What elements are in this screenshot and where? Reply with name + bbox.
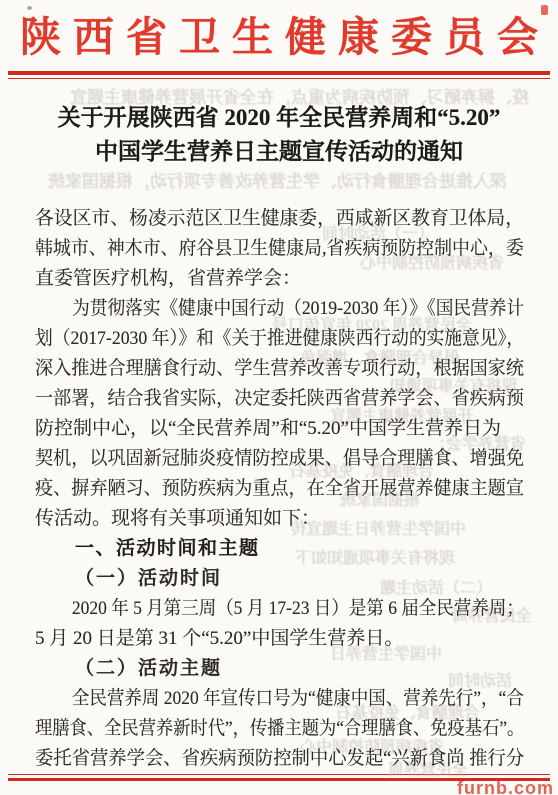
body-line-1: 各设区市、杨凌示范区卫生健康委，西咸新区教育卫体局， (35, 204, 519, 234)
body-line-3: 直委管医疗机构，省营养学会： (35, 264, 524, 294)
body-line-16: （二）活动主题 (35, 654, 524, 684)
body-line-15: 5 月 20 日是第 31 个“5.20”中国学生营养日。 (35, 624, 524, 654)
body-line-19: 委托省营养学会、省疾病预防控制中心发起“兴新食尚 推行分 (35, 744, 507, 774)
body-line-13: （一）活动时间 (35, 564, 524, 594)
site-watermark: furnb.com (457, 778, 554, 795)
body-line-4: 为贯彻落实《健康中国行动（2019-2030 年）》《国民营养计 (35, 294, 490, 324)
body-line-5: 划（2017-2030 年）》和《关于推进健康陕西行动的实施意见》， (35, 324, 491, 354)
document-title: 关于开展陕西省 2020 年全民营养周和“5.20” 中国学生营养日主题宣传活动… (0, 101, 558, 169)
body-line-14: 2020 年 5 月第三周（5 月 17-23 日）是第 6 届全民营养周； (35, 594, 485, 624)
body-line-9: 契机，以巩固新冠肺炎疫情防控成果、倡导合理膳食、增强免 (35, 444, 501, 474)
letterhead-org-name: 陕西省卫生健康委员会 (0, 10, 558, 64)
document-body: 各设区市、杨凌示范区卫生健康委，西咸新区教育卫体局，韩城市、神木市、府谷县卫生健… (35, 204, 524, 774)
body-line-8: 防控制中心，以“全民营养周”和“5.20”中国学生营养日为 (35, 414, 524, 444)
body-line-10: 疫、摒弃陋习、预防疾病为重点，在全省开展营养健康主题宣 (35, 474, 501, 504)
bleedthrough-text: 深入推进合理膳食行动、学生营养改善专项行动，根据国家统 (48, 167, 507, 192)
body-line-7: 一部署，结合我省实际，决定委托陕西省营养学会、省疾病预 (35, 384, 501, 414)
body-line-11: 传活动。现将有关事项通知如下： (35, 504, 524, 534)
document-page: 陕西省卫生健康委员会 关于开展陕西省 2020 年全民营养周和“5.20” 中国… (0, 0, 558, 795)
document-title-line2: 中国学生营养日主题宣传活动的通知 (0, 135, 558, 169)
body-line-18: 理膳食、全民营养新时代”，传播主题为“合理膳食、免疫基石”。 (35, 714, 479, 744)
header-rule-thick (8, 71, 550, 75)
document-title-line1: 关于开展陕西省 2020 年全民营养周和“5.20” (0, 101, 558, 135)
body-line-17: 全民营养周 2020 年宣传口号为“健康中国、营养先行”，“合 (35, 684, 485, 714)
body-line-12: 一、活动时间和主题 (35, 534, 524, 564)
body-line-6: 深入推进合理膳食行动、学生营养改善专项行动，根据国家统 (35, 354, 501, 384)
body-line-2: 韩城市、神木市、府谷县卫生健康局,省疾病预防控制中心，委 (35, 234, 497, 264)
header-rule-thin (8, 78, 550, 80)
